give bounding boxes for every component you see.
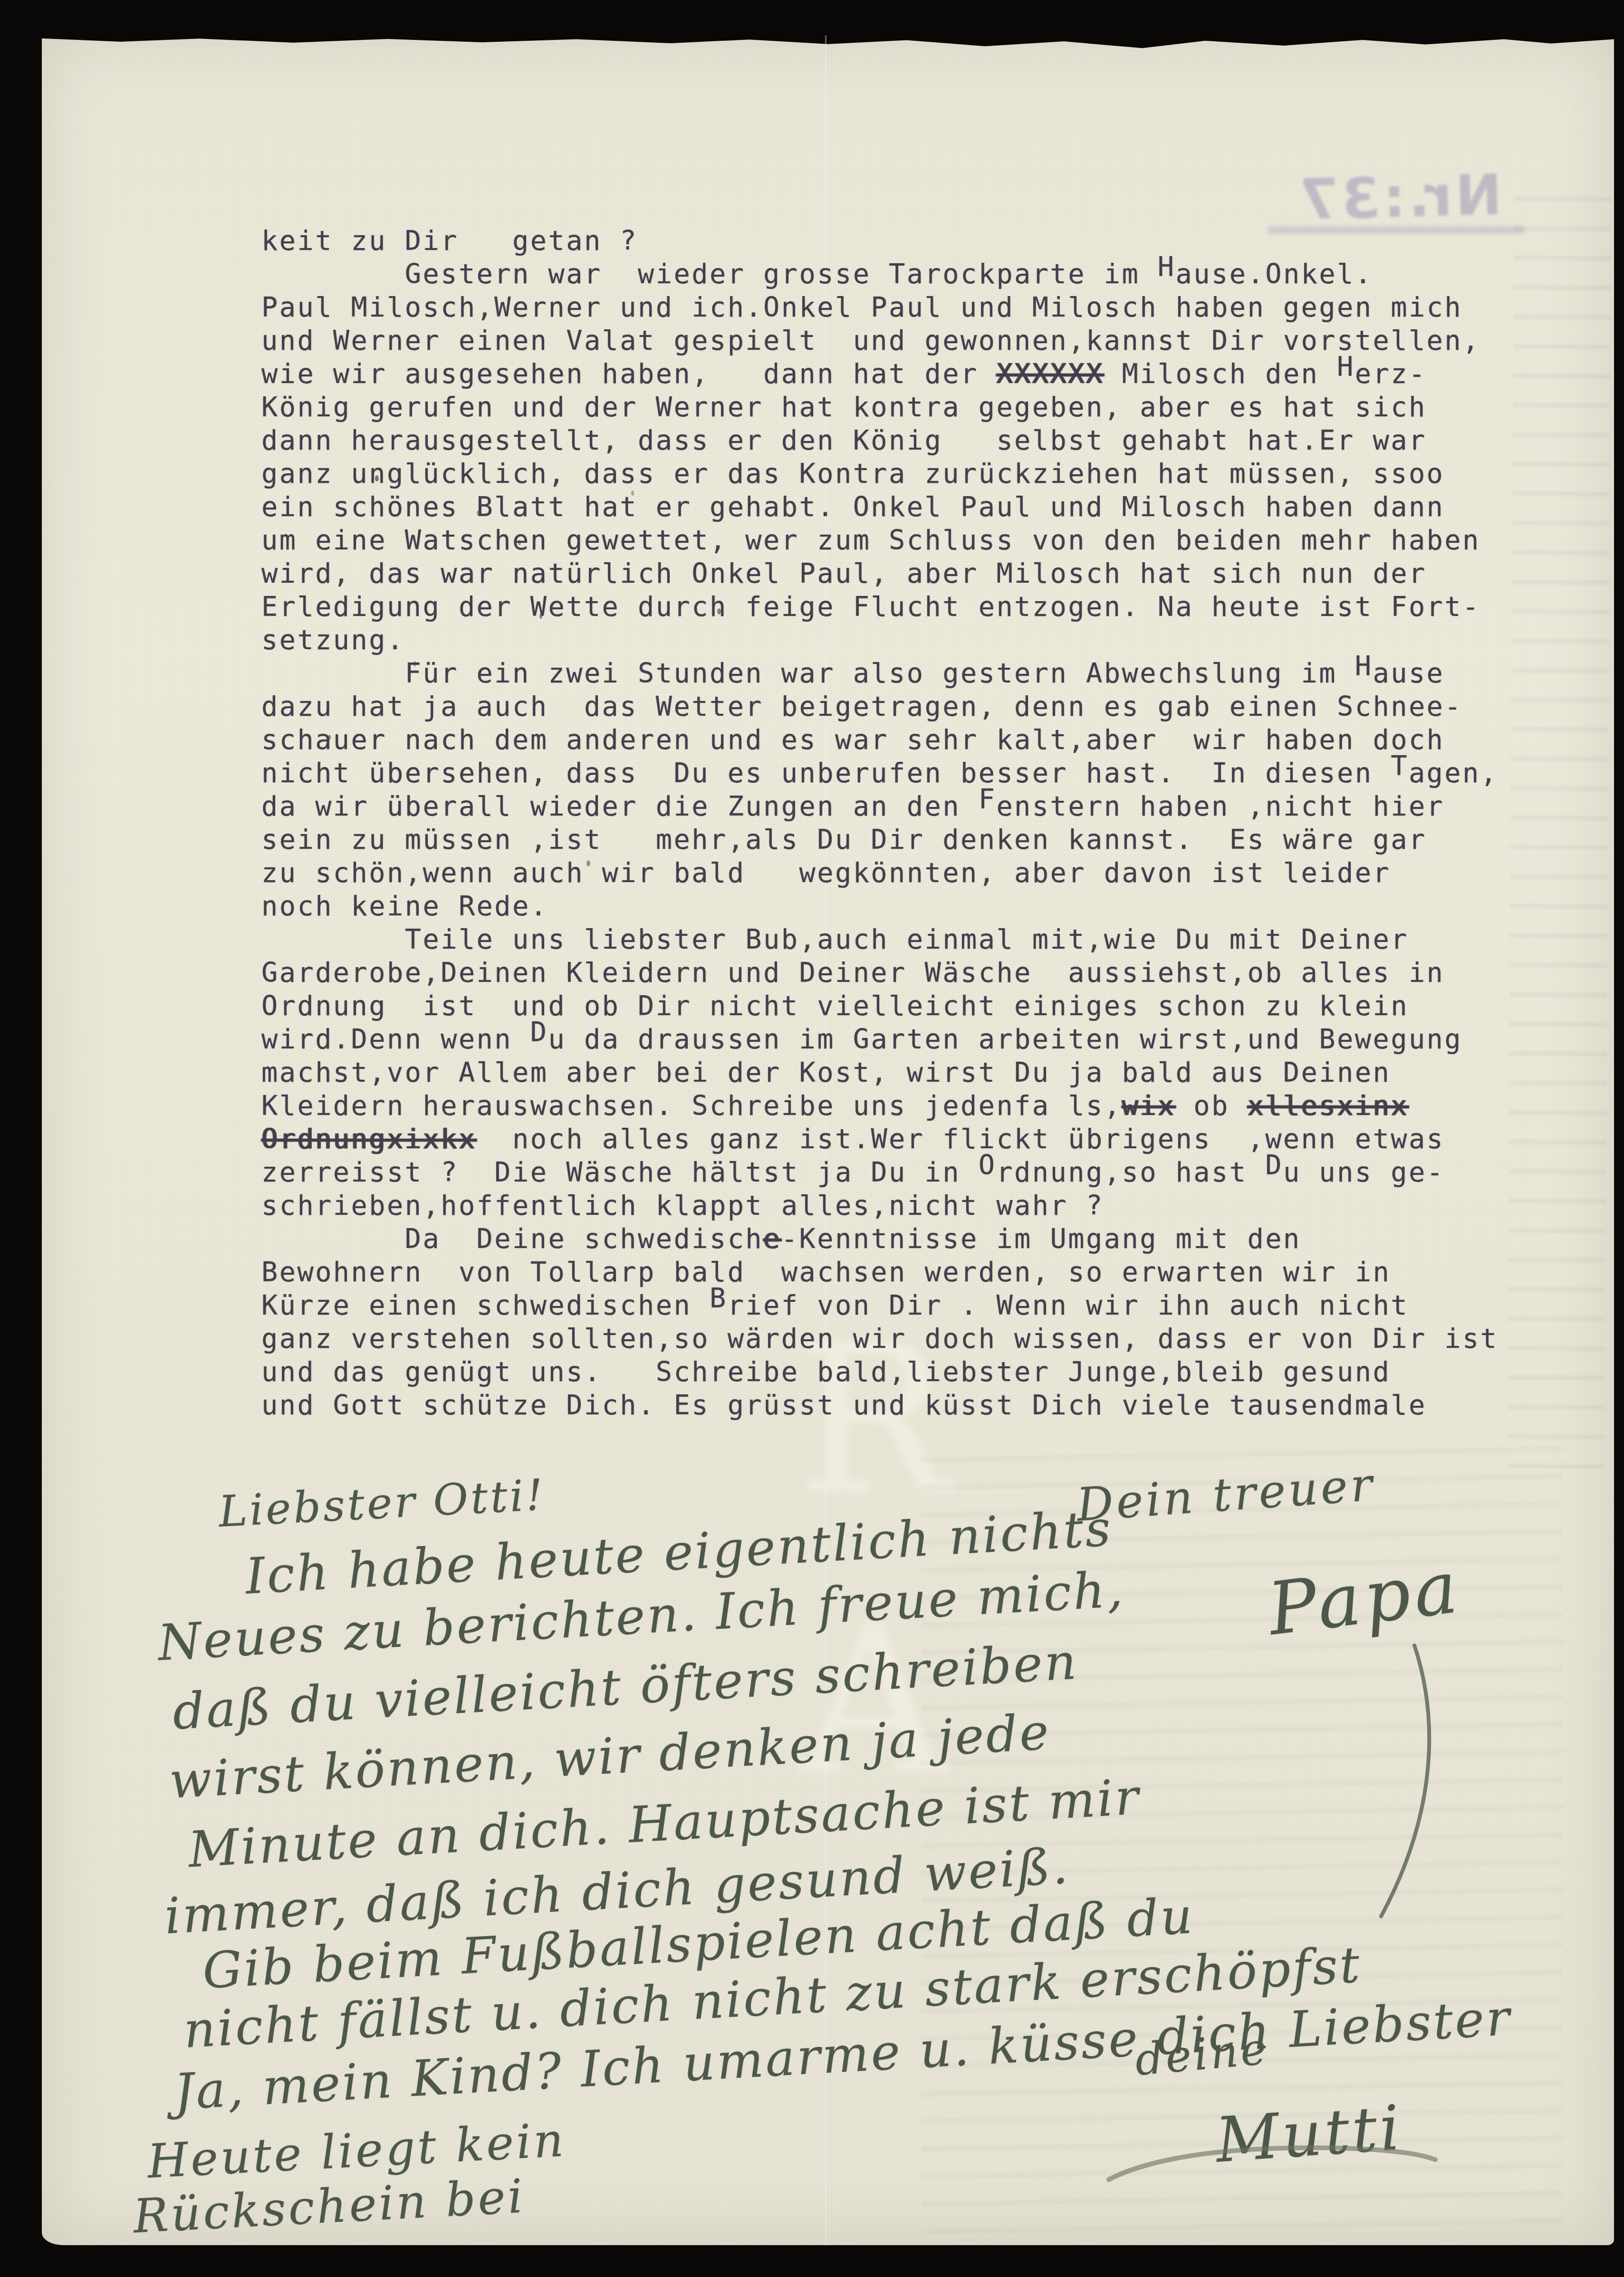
raised-letter: F xyxy=(979,784,997,815)
typed-line: machst,vor Allem aber bei der Kost, wirs… xyxy=(261,1056,1498,1089)
typed-line: wird.Denn wenn Du da draussen im Garten … xyxy=(261,1023,1498,1056)
torn-paper-edge xyxy=(42,35,1614,50)
typed-line: Ordnung ist und ob Dir nicht vielleicht … xyxy=(261,990,1498,1023)
typed-line: dazu hat ja auch das Wetter beigetragen,… xyxy=(261,690,1498,723)
typed-line: ganz unglücklich, dass er das Kontra zur… xyxy=(261,457,1498,490)
typed-line: Paul Milosch,Werner und ich.Onkel Paul u… xyxy=(261,291,1498,324)
typed-line: setzung. xyxy=(261,624,1498,657)
typed-line: Kürze einen schwedischen Brief von Dir .… xyxy=(261,1289,1498,1322)
raised-letter: H xyxy=(1337,351,1355,383)
typed-line: Gestern war wieder grosse Tarockparte im… xyxy=(261,258,1498,291)
typed-line: dann herausgestellt, dass er den König s… xyxy=(261,424,1498,457)
letter-paper: RA Nr.:37 keit zu Dir getan ? Gestern wa… xyxy=(42,35,1614,2245)
raised-letter: H xyxy=(1355,651,1373,682)
ink-specks xyxy=(42,35,45,40)
struck-out-text: xllesxinx xyxy=(1247,1090,1408,1122)
raised-letter: H xyxy=(1158,251,1176,283)
struck-out-text: Ordnungxixkx xyxy=(261,1124,477,1155)
raised-letter: O xyxy=(979,1150,997,1181)
raised-letter: D xyxy=(530,1017,548,1048)
typed-line: nicht übersehen, dass Du es unberufen be… xyxy=(261,757,1498,790)
typed-line: Ordnungxixkx noch alles ganz ist.Wer fli… xyxy=(261,1123,1498,1156)
typewritten-text-block: keit zu Dir getan ? Gestern war wieder g… xyxy=(261,224,1498,1422)
struck-out-text: wix xyxy=(1122,1090,1175,1122)
scan-background: { "document": { "bleed_page_label": "Nr.… xyxy=(0,0,1624,2277)
handwritten-greeting: Liebster Otti! xyxy=(218,1470,547,1537)
typed-line: da wir überall wieder die Zungen an den … xyxy=(261,790,1498,823)
mother-signature: Mutti xyxy=(1213,2091,1405,2176)
typed-line: und Werner einen Valat gespielt und gewo… xyxy=(261,324,1498,357)
typed-line: Bewohnern von Tollarp bald wachsen werde… xyxy=(261,1256,1498,1289)
typed-line: zu schön,wenn auch wir bald wegkönnten, … xyxy=(261,856,1498,890)
raised-letter: B xyxy=(710,1283,728,1314)
typed-line: um eine Watschen gewettet, wer zum Schlu… xyxy=(261,524,1498,557)
typed-line: wie wir ausgesehen haben, dann hat der X… xyxy=(261,357,1498,391)
typed-line: König gerufen und der Werner hat kontra … xyxy=(261,391,1498,424)
typed-line: sein zu müssen ,ist mehr,als Du Dir denk… xyxy=(261,823,1498,856)
typed-line: und das genügt uns. Schreibe bald,liebst… xyxy=(261,1355,1498,1389)
raised-letter: T xyxy=(1391,750,1409,782)
typed-line: ganz verstehen sollten,so wärden wir doc… xyxy=(261,1322,1498,1355)
typed-line: keit zu Dir getan ? xyxy=(261,224,1498,258)
typed-line: zerreisst ? Die Wäsche hältst ja Du in O… xyxy=(261,1156,1498,1189)
typed-line: wird, das war natürlich Onkel Paul, aber… xyxy=(261,557,1498,590)
typed-line: schauer nach dem anderen und es war sehr… xyxy=(261,723,1498,757)
typed-line: Teile uns liebster Bub,auch einmal mit,w… xyxy=(261,923,1498,956)
typed-line: Erledigung der Wette durch feige Flucht … xyxy=(261,590,1498,624)
struck-out-text: XXXXXX xyxy=(996,358,1104,390)
typed-line: noch keine Rede. xyxy=(261,890,1498,923)
struck-out-text: e xyxy=(763,1223,781,1255)
typed-line: Für ein zwei Stunden war also gestern Ab… xyxy=(261,657,1498,690)
page-number-bleed: Nr.:37 xyxy=(1296,162,1503,232)
typed-line: und Gott schütze Dich. Es grüsst und küs… xyxy=(261,1389,1498,1422)
typed-line: schrieben,hoffentlich klappt alles,nicht… xyxy=(261,1189,1498,1222)
typed-line: Garderobe,Deinen Kleidern und Deiner Wäs… xyxy=(261,956,1498,990)
typed-line: Da Deine schwedische-Kenntnisse im Umgan… xyxy=(261,1222,1498,1256)
typed-line: Kleidern herauswachsen. Schreibe uns jed… xyxy=(261,1089,1498,1123)
typed-line: ein schönes Blatt hat er gehabt. Onkel P… xyxy=(261,490,1498,524)
ink-bleedthrough-right xyxy=(1507,196,1611,1489)
raised-letter: D xyxy=(1265,1150,1283,1181)
